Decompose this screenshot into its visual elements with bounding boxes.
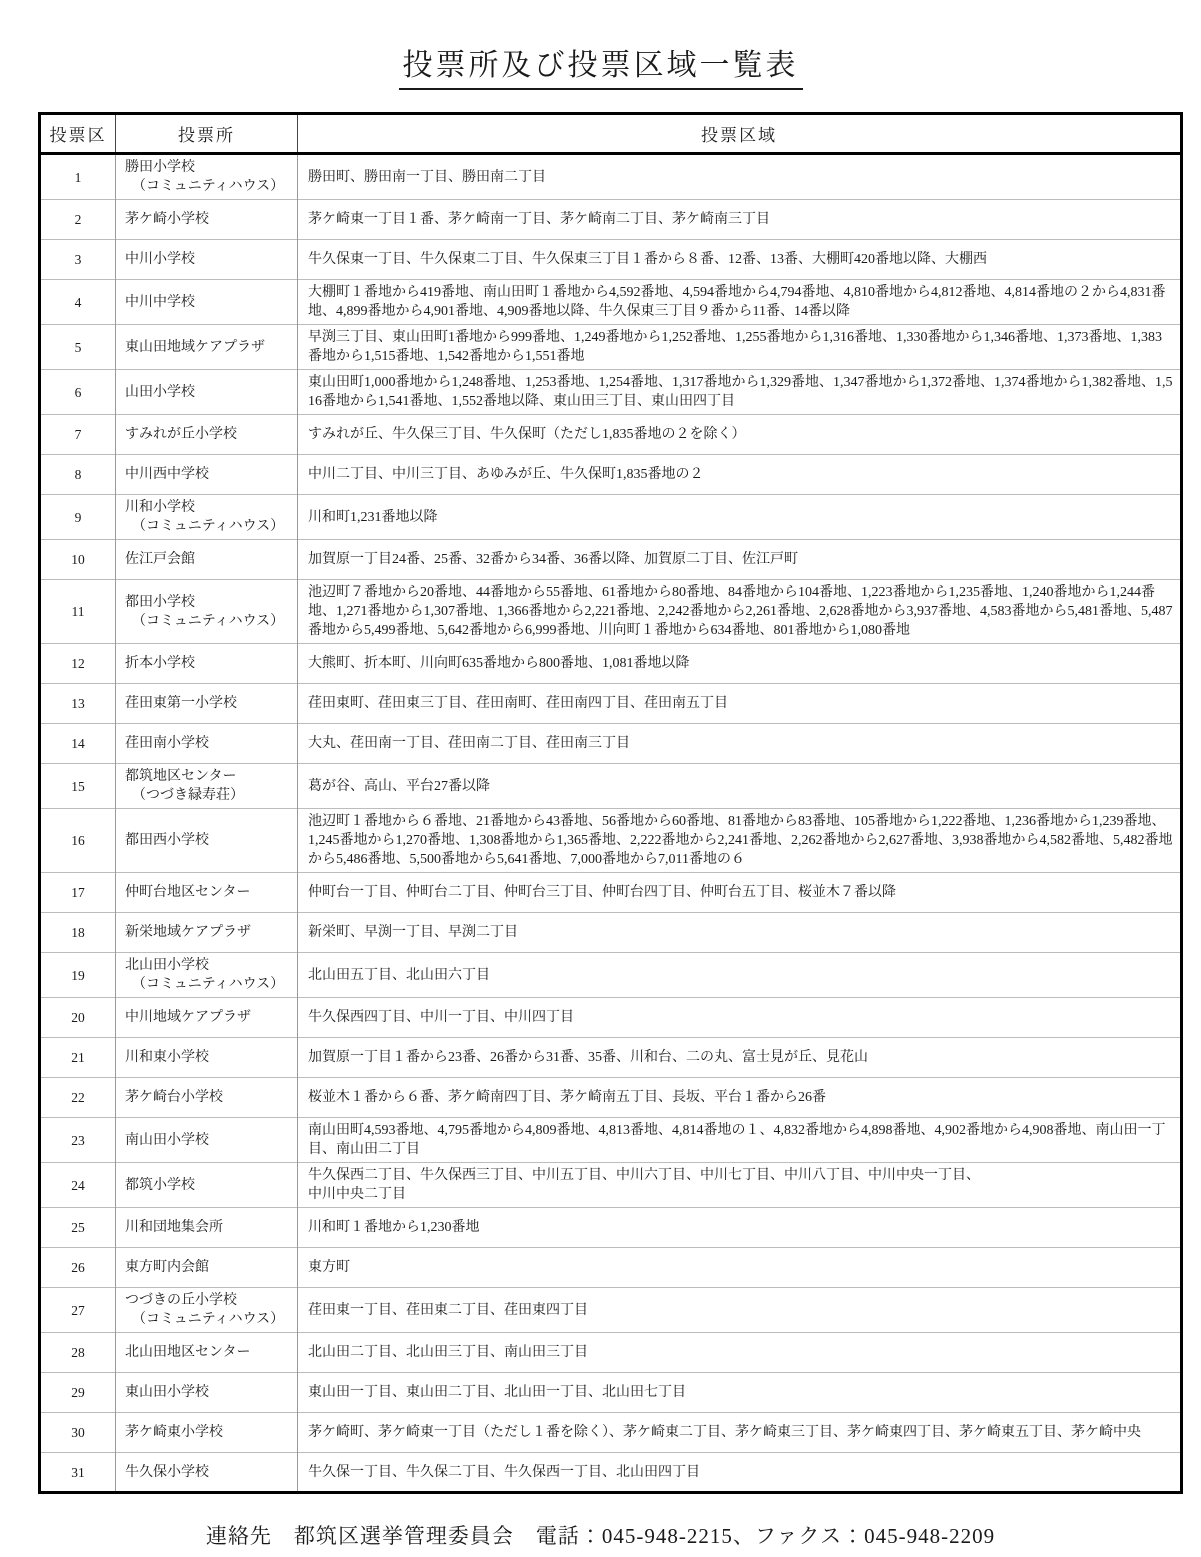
voting-area: 荏田東町、荏田東三丁目、荏田南町、荏田南四丁目、荏田南五丁目: [298, 684, 1182, 724]
voting-area: 牛久保東一丁目、牛久保東二丁目、牛久保東三丁目１番から８番、12番、13番、大棚…: [298, 240, 1182, 280]
voting-area: 牛久保一丁目、牛久保二丁目、牛久保西一丁目、北山田四丁目: [298, 1453, 1182, 1493]
polling-place: 牛久保小学校: [116, 1453, 298, 1493]
table-row: 10佐江戸会館加賀原一丁目24番、25番、32番から34番、36番以降、加賀原二…: [40, 540, 1182, 580]
polling-place-name: 都筑小学校: [125, 1176, 291, 1195]
polling-place-name: 勝田小学校: [125, 158, 291, 177]
voting-area: 牛久保西二丁目、牛久保西三丁目、中川五丁目、中川六丁目、中川七丁目、中川八丁目、…: [298, 1163, 1182, 1208]
voting-area: 茅ケ崎東一丁目１番、茅ケ崎南一丁目、茅ケ崎南二丁目、茅ケ崎南三丁目: [298, 200, 1182, 240]
polling-place: 折本小学校: [116, 644, 298, 684]
polling-places-table: 投票区投票所投票区域 1勝田小学校（コミュニティハウス）勝田町、勝田南一丁目、勝…: [38, 112, 1183, 1494]
district-number: 29: [40, 1373, 116, 1413]
polling-place-annex: （つづき緑寿荘）: [125, 786, 291, 805]
table-row: 26東方町内会館東方町: [40, 1248, 1182, 1288]
table-row: 30茅ケ崎東小学校茅ケ崎町、茅ケ崎東一丁目（ただし１番を除く）、茅ケ崎東二丁目、…: [40, 1413, 1182, 1453]
polling-place-annex: （コミュニティハウス）: [125, 612, 291, 631]
table-body: 1勝田小学校（コミュニティハウス）勝田町、勝田南一丁目、勝田南二丁目2茅ケ崎小学…: [40, 154, 1182, 1493]
table-row: 29東山田小学校東山田一丁目、東山田二丁目、北山田一丁目、北山田七丁目: [40, 1373, 1182, 1413]
polling-place: 佐江戸会館: [116, 540, 298, 580]
voting-area: 加賀原一丁目１番から23番、26番から31番、35番、川和台、二の丸、富士見が丘…: [298, 1038, 1182, 1078]
table-row: 19北山田小学校（コミュニティハウス）北山田五丁目、北山田六丁目: [40, 953, 1182, 998]
polling-place-name: 荏田東第一小学校: [125, 694, 291, 713]
polling-place-name: 山田小学校: [125, 383, 291, 402]
polling-place: 茅ケ崎東小学校: [116, 1413, 298, 1453]
district-number: 28: [40, 1333, 116, 1373]
polling-place: 中川小学校: [116, 240, 298, 280]
district-number: 18: [40, 913, 116, 953]
district-number: 16: [40, 809, 116, 873]
polling-place-name: 都田西小学校: [125, 831, 291, 850]
district-number: 11: [40, 580, 116, 644]
polling-place: 北山田地区センター: [116, 1333, 298, 1373]
table-row: 5東山田地域ケアプラザ早渕三丁目、東山田町1番地から999番地、1,249番地か…: [40, 325, 1182, 370]
district-number: 20: [40, 998, 116, 1038]
polling-place-name: 東山田地域ケアプラザ: [125, 338, 291, 357]
table-row: 11都田小学校（コミュニティハウス）池辺町７番地から20番地、44番地から55番…: [40, 580, 1182, 644]
district-number: 12: [40, 644, 116, 684]
polling-place: 東方町内会館: [116, 1248, 298, 1288]
polling-place: 中川西中学校: [116, 455, 298, 495]
table-row: 20中川地域ケアプラザ牛久保西四丁目、中川一丁目、中川四丁目: [40, 998, 1182, 1038]
polling-place: 中川地域ケアプラザ: [116, 998, 298, 1038]
district-number: 6: [40, 370, 116, 415]
polling-place-name: 折本小学校: [125, 654, 291, 673]
district-number: 30: [40, 1413, 116, 1453]
district-number: 2: [40, 200, 116, 240]
polling-place-name: 中川中学校: [125, 293, 291, 312]
polling-place: つづきの丘小学校（コミュニティハウス）: [116, 1288, 298, 1333]
polling-place-name: つづきの丘小学校: [125, 1291, 291, 1310]
polling-place-name: 川和小学校: [125, 498, 291, 517]
district-number: 7: [40, 415, 116, 455]
table-row: 16都田西小学校池辺町１番地から６番地、21番地から43番地、56番地から60番…: [40, 809, 1182, 873]
column-header: 投票所: [116, 114, 298, 154]
polling-place-annex: （コミュニティハウス）: [125, 975, 291, 994]
table-row: 12折本小学校大熊町、折本町、川向町635番地から800番地、1,081番地以降: [40, 644, 1182, 684]
table-row: 1勝田小学校（コミュニティハウス）勝田町、勝田南一丁目、勝田南二丁目: [40, 154, 1182, 200]
district-number: 15: [40, 764, 116, 809]
district-number: 23: [40, 1118, 116, 1163]
table-row: 14荏田南小学校大丸、荏田南一丁目、荏田南二丁目、荏田南三丁目: [40, 724, 1182, 764]
district-number: 27: [40, 1288, 116, 1333]
title-block: 投票所及び投票区域一覧表: [0, 40, 1201, 90]
district-number: 1: [40, 154, 116, 200]
polling-place: 中川中学校: [116, 280, 298, 325]
polling-place: 茅ケ崎小学校: [116, 200, 298, 240]
polling-place-name: すみれが丘小学校: [125, 425, 291, 444]
district-number: 24: [40, 1163, 116, 1208]
polling-place-name: 東方町内会館: [125, 1258, 291, 1277]
voting-area: 早渕三丁目、東山田町1番地から999番地、1,249番地から1,252番地、1,…: [298, 325, 1182, 370]
polling-place-name: 北山田地区センター: [125, 1343, 291, 1362]
table-row: 2茅ケ崎小学校茅ケ崎東一丁目１番、茅ケ崎南一丁目、茅ケ崎南二丁目、茅ケ崎南三丁目: [40, 200, 1182, 240]
polling-place: 東山田地域ケアプラザ: [116, 325, 298, 370]
polling-place: 都田小学校（コミュニティハウス）: [116, 580, 298, 644]
table-row: 17仲町台地区センター仲町台一丁目、仲町台二丁目、仲町台三丁目、仲町台四丁目、仲…: [40, 873, 1182, 913]
polling-place-name: 都筑地区センター: [125, 767, 291, 786]
voting-area: 加賀原一丁目24番、25番、32番から34番、36番以降、加賀原二丁目、佐江戸町: [298, 540, 1182, 580]
district-number: 5: [40, 325, 116, 370]
table-row: 21川和東小学校加賀原一丁目１番から23番、26番から31番、35番、川和台、二…: [40, 1038, 1182, 1078]
polling-place-name: 南山田小学校: [125, 1131, 291, 1150]
column-header: 投票区: [40, 114, 116, 154]
district-number: 26: [40, 1248, 116, 1288]
table-row: 8中川西中学校中川二丁目、中川三丁目、あゆみが丘、牛久保町1,835番地の２: [40, 455, 1182, 495]
polling-place-name: 東山田小学校: [125, 1383, 291, 1402]
polling-place: 勝田小学校（コミュニティハウス）: [116, 154, 298, 200]
voting-area: 大棚町１番地から419番地、南山田町１番地から4,592番地、4,594番地から…: [298, 280, 1182, 325]
table-row: 25川和団地集会所川和町１番地から1,230番地: [40, 1208, 1182, 1248]
page-title: 投票所及び投票区域一覧表: [399, 40, 803, 90]
district-number: 4: [40, 280, 116, 325]
contact-footer: 連絡先 都筑区選挙管理委員会 電話：045-948-2215、ファクス：045-…: [0, 1520, 1201, 1550]
polling-place: 川和団地集会所: [116, 1208, 298, 1248]
district-number: 31: [40, 1453, 116, 1493]
polling-place-name: 新栄地域ケアプラザ: [125, 923, 291, 942]
polling-place: 山田小学校: [116, 370, 298, 415]
district-number: 14: [40, 724, 116, 764]
polling-place-name: 川和団地集会所: [125, 1218, 291, 1237]
table-row: 23南山田小学校南山田町4,593番地、4,795番地から4,809番地、4,8…: [40, 1118, 1182, 1163]
voting-area: 池辺町１番地から６番地、21番地から43番地、56番地から60番地、81番地から…: [298, 809, 1182, 873]
polling-place-name: 茅ケ崎台小学校: [125, 1088, 291, 1107]
voting-area: 北山田二丁目、北山田三丁目、南山田三丁目: [298, 1333, 1182, 1373]
table-row: 4中川中学校大棚町１番地から419番地、南山田町１番地から4,592番地、4,5…: [40, 280, 1182, 325]
voting-area: 東山田一丁目、東山田二丁目、北山田一丁目、北山田七丁目: [298, 1373, 1182, 1413]
district-number: 9: [40, 495, 116, 540]
voting-area: 勝田町、勝田南一丁目、勝田南二丁目: [298, 154, 1182, 200]
polling-place: 新栄地域ケアプラザ: [116, 913, 298, 953]
voting-area: 仲町台一丁目、仲町台二丁目、仲町台三丁目、仲町台四丁目、仲町台五丁目、桜並木７番…: [298, 873, 1182, 913]
polling-place: 荏田南小学校: [116, 724, 298, 764]
table-row: 24都筑小学校牛久保西二丁目、牛久保西三丁目、中川五丁目、中川六丁目、中川七丁目…: [40, 1163, 1182, 1208]
table-row: 3中川小学校牛久保東一丁目、牛久保東二丁目、牛久保東三丁目１番から８番、12番、…: [40, 240, 1182, 280]
table-header-row: 投票区投票所投票区域: [40, 114, 1182, 154]
voting-area: 大熊町、折本町、川向町635番地から800番地、1,081番地以降: [298, 644, 1182, 684]
district-number: 25: [40, 1208, 116, 1248]
voting-area: 新栄町、早渕一丁目、早渕二丁目: [298, 913, 1182, 953]
voting-area: 東方町: [298, 1248, 1182, 1288]
table-row: 18新栄地域ケアプラザ新栄町、早渕一丁目、早渕二丁目: [40, 913, 1182, 953]
voting-area: 川和町１番地から1,230番地: [298, 1208, 1182, 1248]
district-number: 17: [40, 873, 116, 913]
table-row: 22茅ケ崎台小学校桜並木１番から６番、茅ケ崎南四丁目、茅ケ崎南五丁目、長坂、平台…: [40, 1078, 1182, 1118]
voting-area: 桜並木１番から６番、茅ケ崎南四丁目、茅ケ崎南五丁目、長坂、平台１番から26番: [298, 1078, 1182, 1118]
district-number: 8: [40, 455, 116, 495]
polling-place: 川和東小学校: [116, 1038, 298, 1078]
polling-place-annex: （コミュニティハウス）: [125, 177, 291, 196]
column-header: 投票区域: [298, 114, 1182, 154]
voting-area: 牛久保西四丁目、中川一丁目、中川四丁目: [298, 998, 1182, 1038]
polling-place: 仲町台地区センター: [116, 873, 298, 913]
polling-place: 川和小学校（コミュニティハウス）: [116, 495, 298, 540]
district-number: 3: [40, 240, 116, 280]
polling-place-name: 中川地域ケアプラザ: [125, 1008, 291, 1027]
table-head: 投票区投票所投票区域: [40, 114, 1182, 154]
polling-place-name: 都田小学校: [125, 593, 291, 612]
voting-area: すみれが丘、牛久保三丁目、牛久保町（ただし1,835番地の２を除く）: [298, 415, 1182, 455]
polling-place: 都筑地区センター（つづき緑寿荘）: [116, 764, 298, 809]
polling-place-name: 北山田小学校: [125, 956, 291, 975]
voting-area: 川和町1,231番地以降: [298, 495, 1182, 540]
table-row: 15都筑地区センター（つづき緑寿荘）葛が谷、高山、平台27番以降: [40, 764, 1182, 809]
table-row: 9川和小学校（コミュニティハウス）川和町1,231番地以降: [40, 495, 1182, 540]
district-number: 22: [40, 1078, 116, 1118]
table-row: 27つづきの丘小学校（コミュニティハウス）荏田東一丁目、荏田東二丁目、荏田東四丁…: [40, 1288, 1182, 1333]
polling-place: 東山田小学校: [116, 1373, 298, 1413]
polling-place: 北山田小学校（コミュニティハウス）: [116, 953, 298, 998]
polling-place-name: 仲町台地区センター: [125, 883, 291, 902]
polling-place-annex: （コミュニティハウス）: [125, 517, 291, 536]
district-number: 19: [40, 953, 116, 998]
voting-area: 南山田町4,593番地、4,795番地から4,809番地、4,813番地、4,8…: [298, 1118, 1182, 1163]
table-row: 7すみれが丘小学校すみれが丘、牛久保三丁目、牛久保町（ただし1,835番地の２を…: [40, 415, 1182, 455]
voting-area: 葛が谷、高山、平台27番以降: [298, 764, 1182, 809]
polling-place: 都田西小学校: [116, 809, 298, 873]
voting-area: 荏田東一丁目、荏田東二丁目、荏田東四丁目: [298, 1288, 1182, 1333]
polling-place-name: 川和東小学校: [125, 1048, 291, 1067]
polling-place-name: 中川小学校: [125, 250, 291, 269]
district-number: 10: [40, 540, 116, 580]
polling-place-name: 中川西中学校: [125, 465, 291, 484]
polling-place: 荏田東第一小学校: [116, 684, 298, 724]
voting-area: 大丸、荏田南一丁目、荏田南二丁目、荏田南三丁目: [298, 724, 1182, 764]
table-row: 13荏田東第一小学校荏田東町、荏田東三丁目、荏田南町、荏田南四丁目、荏田南五丁目: [40, 684, 1182, 724]
district-number: 21: [40, 1038, 116, 1078]
document-page: 投票所及び投票区域一覧表 投票区投票所投票区域 1勝田小学校（コミュニティハウス…: [0, 0, 1201, 1557]
polling-place-name: 佐江戸会館: [125, 550, 291, 569]
polling-place-name: 茅ケ崎東小学校: [125, 1423, 291, 1442]
polling-place: 南山田小学校: [116, 1118, 298, 1163]
table-row: 31牛久保小学校牛久保一丁目、牛久保二丁目、牛久保西一丁目、北山田四丁目: [40, 1453, 1182, 1493]
voting-area: 池辺町７番地から20番地、44番地から55番地、61番地から80番地、84番地か…: [298, 580, 1182, 644]
table-row: 6山田小学校東山田町1,000番地から1,248番地、1,253番地、1,254…: [40, 370, 1182, 415]
polling-place-name: 荏田南小学校: [125, 734, 291, 753]
voting-area: 東山田町1,000番地から1,248番地、1,253番地、1,254番地、1,3…: [298, 370, 1182, 415]
polling-place: 茅ケ崎台小学校: [116, 1078, 298, 1118]
table-row: 28北山田地区センター北山田二丁目、北山田三丁目、南山田三丁目: [40, 1333, 1182, 1373]
district-number: 13: [40, 684, 116, 724]
polling-place: すみれが丘小学校: [116, 415, 298, 455]
voting-area: 茅ケ崎町、茅ケ崎東一丁目（ただし１番を除く）、茅ケ崎東二丁目、茅ケ崎東三丁目、茅…: [298, 1413, 1182, 1453]
voting-area: 中川二丁目、中川三丁目、あゆみが丘、牛久保町1,835番地の２: [298, 455, 1182, 495]
polling-place-name: 茅ケ崎小学校: [125, 210, 291, 229]
voting-area: 北山田五丁目、北山田六丁目: [298, 953, 1182, 998]
polling-place: 都筑小学校: [116, 1163, 298, 1208]
polling-place-name: 牛久保小学校: [125, 1463, 291, 1482]
polling-place-annex: （コミュニティハウス）: [125, 1310, 291, 1329]
